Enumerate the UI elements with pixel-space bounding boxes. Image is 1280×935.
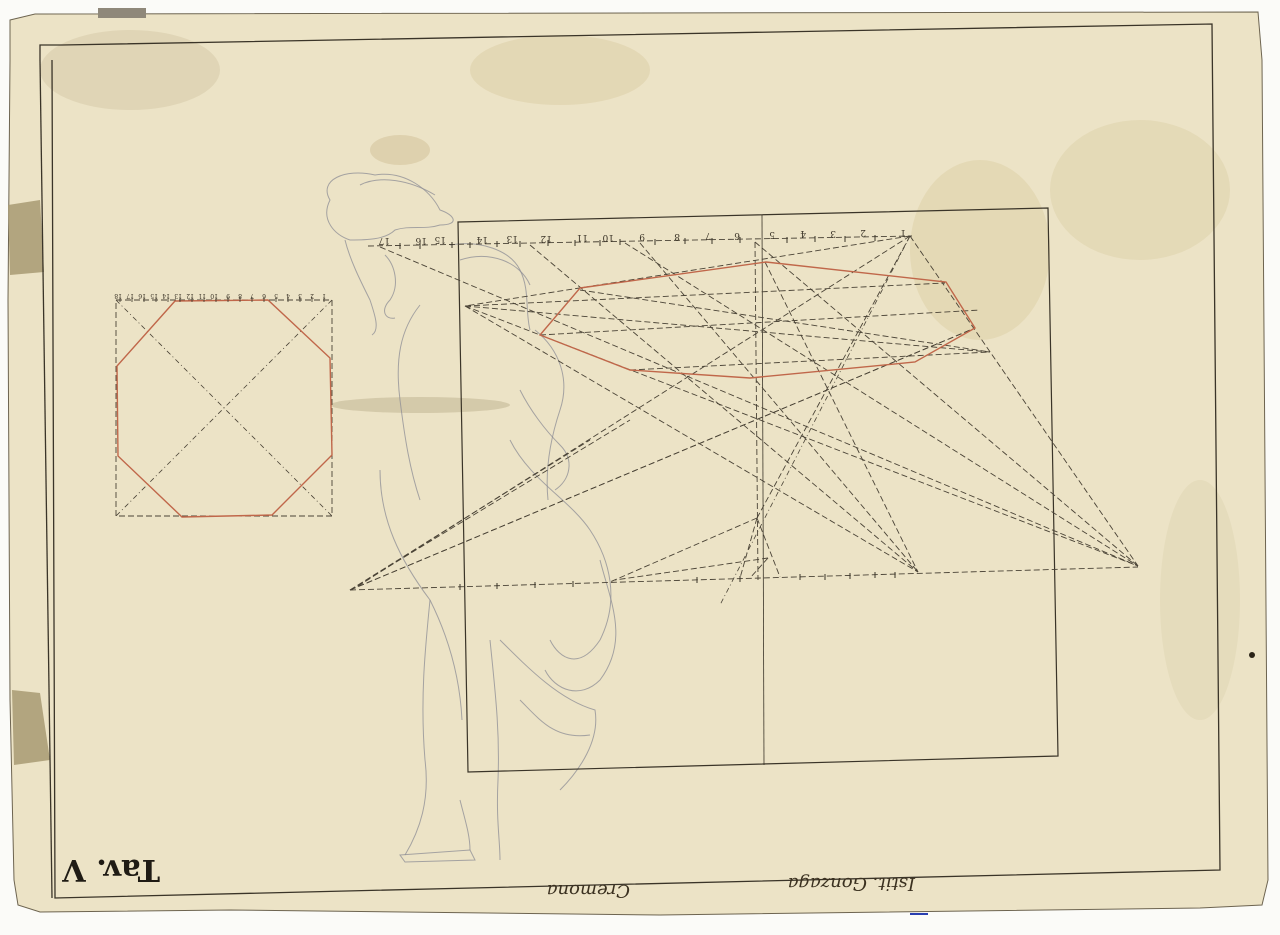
plate-label: Tav. V: [62, 852, 160, 887]
paper-sheet: [8, 8, 1268, 915]
tape-top: [98, 8, 146, 18]
scale-label: 16: [415, 235, 427, 245]
scanned-drawing-sheet: 1 2 3 4 5 6 7 8 9 10 11 12 13 14 15 16 1…: [0, 0, 1280, 935]
plan-scale-label: 4: [286, 292, 290, 299]
scale-label: 10: [602, 232, 614, 242]
scale-label: 9: [639, 231, 645, 241]
plan-scale-label: 12: [186, 292, 194, 299]
inscription-institute: Istit. Gonzaga: [788, 873, 916, 894]
plan-scale-label: 8: [238, 292, 242, 299]
scale-label: 1: [900, 227, 906, 237]
plan-scale-label: 2: [310, 292, 314, 299]
plan-scale-label: 6: [262, 292, 266, 299]
plan-scale-label: 10: [210, 292, 218, 299]
plan-scale-label: 13: [174, 292, 182, 299]
inscription-city: Cremona: [547, 880, 630, 901]
plan-scale-label: 17: [126, 292, 134, 299]
blue-mark: [910, 913, 928, 915]
plan-scale-label: 1: [322, 292, 326, 299]
scale-label: 5: [769, 229, 775, 239]
scale-label: 7: [705, 230, 711, 240]
plan-scale-label: 18: [114, 292, 122, 299]
plan-scale-label: 7: [250, 292, 254, 299]
scale-label: 12: [541, 233, 552, 243]
plan-scale-label: 15: [150, 292, 158, 299]
plan-scale-label: 16: [138, 292, 146, 299]
tape-left-upper: [8, 200, 44, 275]
scale-label: 11: [577, 232, 588, 242]
scale-label: 8: [674, 231, 680, 241]
plan-scale-label: 14: [162, 292, 170, 299]
scale-label: 3: [830, 228, 836, 238]
scale-label: 4: [800, 228, 806, 238]
plan-scale-label: 3: [298, 292, 302, 299]
scale-label: 2: [860, 227, 866, 237]
scale-label: 15: [434, 234, 446, 244]
plan-scale-label: 5: [274, 292, 278, 299]
plan-scale-label: 9: [226, 292, 230, 299]
scale-label: 6: [734, 230, 740, 240]
scale-label: 14: [476, 234, 488, 244]
scale-label: 17: [378, 235, 390, 245]
scale-label: 13: [506, 233, 518, 243]
plan-scale-label: 11: [198, 292, 206, 299]
